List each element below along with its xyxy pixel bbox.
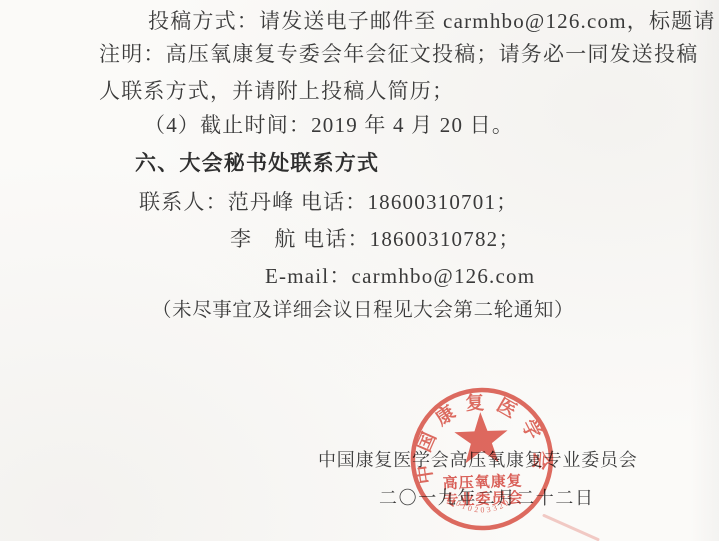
official-seal: 中国康复医学会 高压氧康复 专业委员会 10102033208 bbox=[405, 383, 560, 538]
contact-email-line: E-mail：carmhbo@126.com bbox=[265, 264, 535, 288]
deadline-line: （4）截止时间：2019 年 4 月 20 日。 bbox=[144, 113, 514, 137]
star-icon bbox=[454, 411, 509, 464]
note-line: （未尽事宜及详细会议日程见大会第二轮通知） bbox=[152, 300, 574, 322]
submission-line-3: 人联系方式，并请附上投稿人简历； bbox=[99, 79, 454, 103]
contact-line-1: 联系人：范丹峰 电话：18600310701； bbox=[139, 190, 518, 214]
contact-line-2: 李 航 电话：18600310782； bbox=[230, 227, 521, 251]
scanned-document-page: 投稿方式：请发送电子邮件至 carmhbo@126.com，标题请 注明：高压氧… bbox=[0, 0, 719, 541]
submission-line-2: 注明：高压氧康复专委会年会征文投稿；请务必一同发送投稿 bbox=[99, 42, 698, 66]
submission-line-1: 投稿方式：请发送电子邮件至 carmhbo@126.com，标题请 bbox=[148, 9, 716, 33]
seal-inner-line-1: 高压氧康复 bbox=[442, 472, 523, 493]
section-heading: 六、大会秘书处联系方式 bbox=[135, 151, 379, 175]
